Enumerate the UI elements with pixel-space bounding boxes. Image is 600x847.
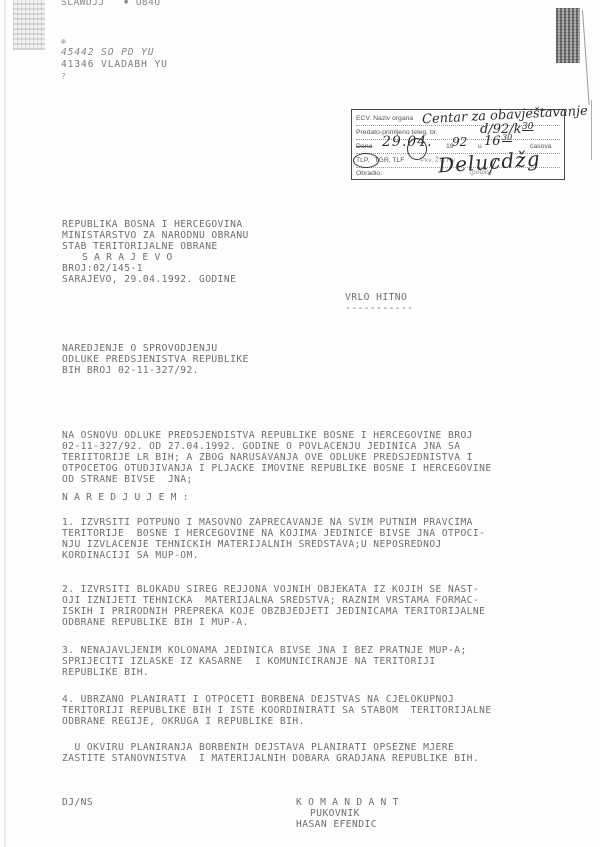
order-4: 4. UBRZANO PLANIRATI I OTPOCETI BORBENA … bbox=[62, 694, 492, 727]
signatory-title: KOMANDANT bbox=[296, 797, 405, 808]
stamp-organ-label: ECV. Naziv organa bbox=[356, 115, 413, 122]
typist-initials-block: DJ/NS bbox=[62, 797, 93, 808]
signature-block: KOMANDANT PUKOVNIK HASAN EFENDIC bbox=[296, 797, 405, 830]
scan-smudge-top-left bbox=[13, 0, 45, 50]
order-note: U OKVIRU PLANIRANJA BORBENIH DEJSTAVA PL… bbox=[62, 742, 479, 764]
stamp-time-minutes: 30 bbox=[502, 133, 512, 142]
order-heading-block: NAREDJUJEM: bbox=[62, 492, 195, 503]
priority-label: VRLO HITNO bbox=[345, 292, 414, 303]
teleprinter-mark: ⊕ bbox=[61, 36, 66, 47]
teleprinter-top-line: SLAWDJJ ♦ U84U bbox=[61, 0, 161, 8]
order-1: 1. IZVRSITI POTPUNO I MASOVNO ZAPRECAVAN… bbox=[62, 517, 485, 561]
preamble-line: OD STRANE BIVSE JNA; bbox=[62, 474, 492, 485]
order-line: KORDINACIJI SA MUP-OM. bbox=[62, 550, 485, 561]
order-3: 3. NENAJAVLJENIM KOLONAMA JEDINICA BIVSE… bbox=[62, 645, 467, 678]
subject-line-3: BIH BROJ 02-11-327/92. bbox=[62, 365, 249, 376]
letterhead: REPUBLIKA BOSNA I HERCEGOVINA MINISTARST… bbox=[62, 219, 249, 285]
letterhead-republic: REPUBLIKA BOSNA I HERCEGOVINA bbox=[62, 219, 249, 230]
order-line: ODBRANE REGIJE, OKRUGA I REPUBLIKE BIH. bbox=[62, 716, 492, 727]
reception-stamp: ECV. Naziv organa Centar za obavještavan… bbox=[351, 109, 565, 180]
letterhead-staff: STAB TERITORIJALNE OBRANE bbox=[62, 241, 249, 252]
typist-initials: DJ/NS bbox=[62, 797, 93, 808]
scan-smudge-top-right bbox=[556, 8, 580, 63]
order-line: OJI IZNIJETI TEHNICKA MATERIJALNA SREDST… bbox=[62, 595, 485, 606]
page-edge bbox=[4, 0, 6, 847]
preamble-line: OTPOCETOG OTUDJIVANJA I PLJACKE IMOVINE … bbox=[62, 463, 492, 474]
date-circle-mark bbox=[407, 138, 427, 160]
subject-line-2: ODLUKE PREDSJENISTVA REPUBLIKE bbox=[62, 354, 249, 365]
order-line: 3. NENAJAVLJENIM KOLONAMA JEDINICA BIVSE… bbox=[62, 645, 467, 656]
order-line: 1. IZVRSITI POTPUNO I MASOVNO ZAPRECAVAN… bbox=[62, 517, 485, 528]
order-line: U OKVIRU PLANIRANJA BORBENIH DEJSTAVA PL… bbox=[62, 742, 479, 753]
stamp-time-handwritten: 16 bbox=[484, 134, 501, 149]
subject: NAREDJENJE O SPROVODJENJU ODLUKE PREDSJE… bbox=[62, 343, 249, 376]
stamp-telegram-extra: 30 bbox=[522, 122, 533, 132]
preamble: NA OSNOVU ODLUKE PREDSJENDISTVA REPUBLIK… bbox=[62, 430, 492, 485]
order-line: ZASTITE STANOVNISTVA I MATERIJALNIH DOBA… bbox=[62, 753, 479, 764]
signatory-rank: PUKOVNIK bbox=[296, 808, 405, 819]
letterhead-ministry: MINISTARSTVO ZA NARODNU OBRANU bbox=[62, 230, 249, 241]
priority-marking: VRLO HITNO ----------- bbox=[345, 292, 414, 314]
order-line: TERITORIJE BOSNE I HERCEGOVINE NA KOJIMA… bbox=[62, 528, 485, 539]
place-and-date: SARAJEVO, 29.04.1992. GODINE bbox=[62, 274, 249, 285]
stamp-date-label: Dana bbox=[356, 143, 372, 150]
order-line: REPUBLIKE BIH. bbox=[62, 667, 467, 678]
fold-line bbox=[582, 10, 590, 105]
order-line: 2. IZVRSITI BLOKADU SIREG REJJONA VOJNIH… bbox=[62, 584, 485, 595]
letterhead-city: SARAJEVO bbox=[62, 252, 249, 263]
tlp-circle-mark bbox=[353, 153, 379, 168]
order-heading: NAREDJUJEM: bbox=[62, 492, 195, 503]
stamp-processed-label: Obradio: bbox=[356, 170, 382, 177]
priority-underline: ----------- bbox=[345, 303, 414, 314]
preamble-line: TERIITORIJE LR BIH; A ZBOG NARUSAVANJA O… bbox=[62, 452, 492, 463]
order-line: ISKIH I PRIRODNIH PREPREKA KOJE OBZBJEDJ… bbox=[62, 606, 485, 617]
teleprinter-line-2: 41346 VLADABH YU bbox=[61, 59, 168, 70]
stamp-year-handwritten: 92 bbox=[452, 135, 467, 149]
order-line: NJU IZVLACENJE TEHNICKIH MATERIJALNIH SR… bbox=[62, 539, 485, 550]
preamble-line: 02-11-327/92. OD 27.04.1992. GODINE O PO… bbox=[62, 441, 492, 452]
teleprinter-line-3: ? bbox=[61, 71, 66, 82]
order-line: SPRIJECITI IZLASKE IZ KASARNE I KOMUNICI… bbox=[62, 656, 467, 667]
order-line: ODBRANE REPUBLIKE BIH I MUP-A. bbox=[62, 617, 485, 628]
order-line: 4. UBRZANO PLANIRATI I OTPOCETI BORBENA … bbox=[62, 694, 492, 705]
edge-line-right bbox=[591, 100, 592, 160]
preamble-line: NA OSNOVU ODLUKE PREDSJENDISTVA REPUBLIK… bbox=[62, 430, 492, 441]
order-line: TERITORIJI REPUBLIKE BIH I ISTE KOORDINI… bbox=[62, 705, 492, 716]
teleprinter-line-1: 45442 SO PD YU bbox=[61, 47, 154, 58]
order-2: 2. IZVRSITI BLOKADU SIREG REJJONA VOJNIH… bbox=[62, 584, 485, 628]
reference-number: BROJ:02/145-1 bbox=[62, 263, 249, 274]
subject-line-1: NAREDJENJE O SPROVODJENJU bbox=[62, 343, 249, 354]
signatory-name: HASAN EFENDIC bbox=[296, 819, 405, 830]
